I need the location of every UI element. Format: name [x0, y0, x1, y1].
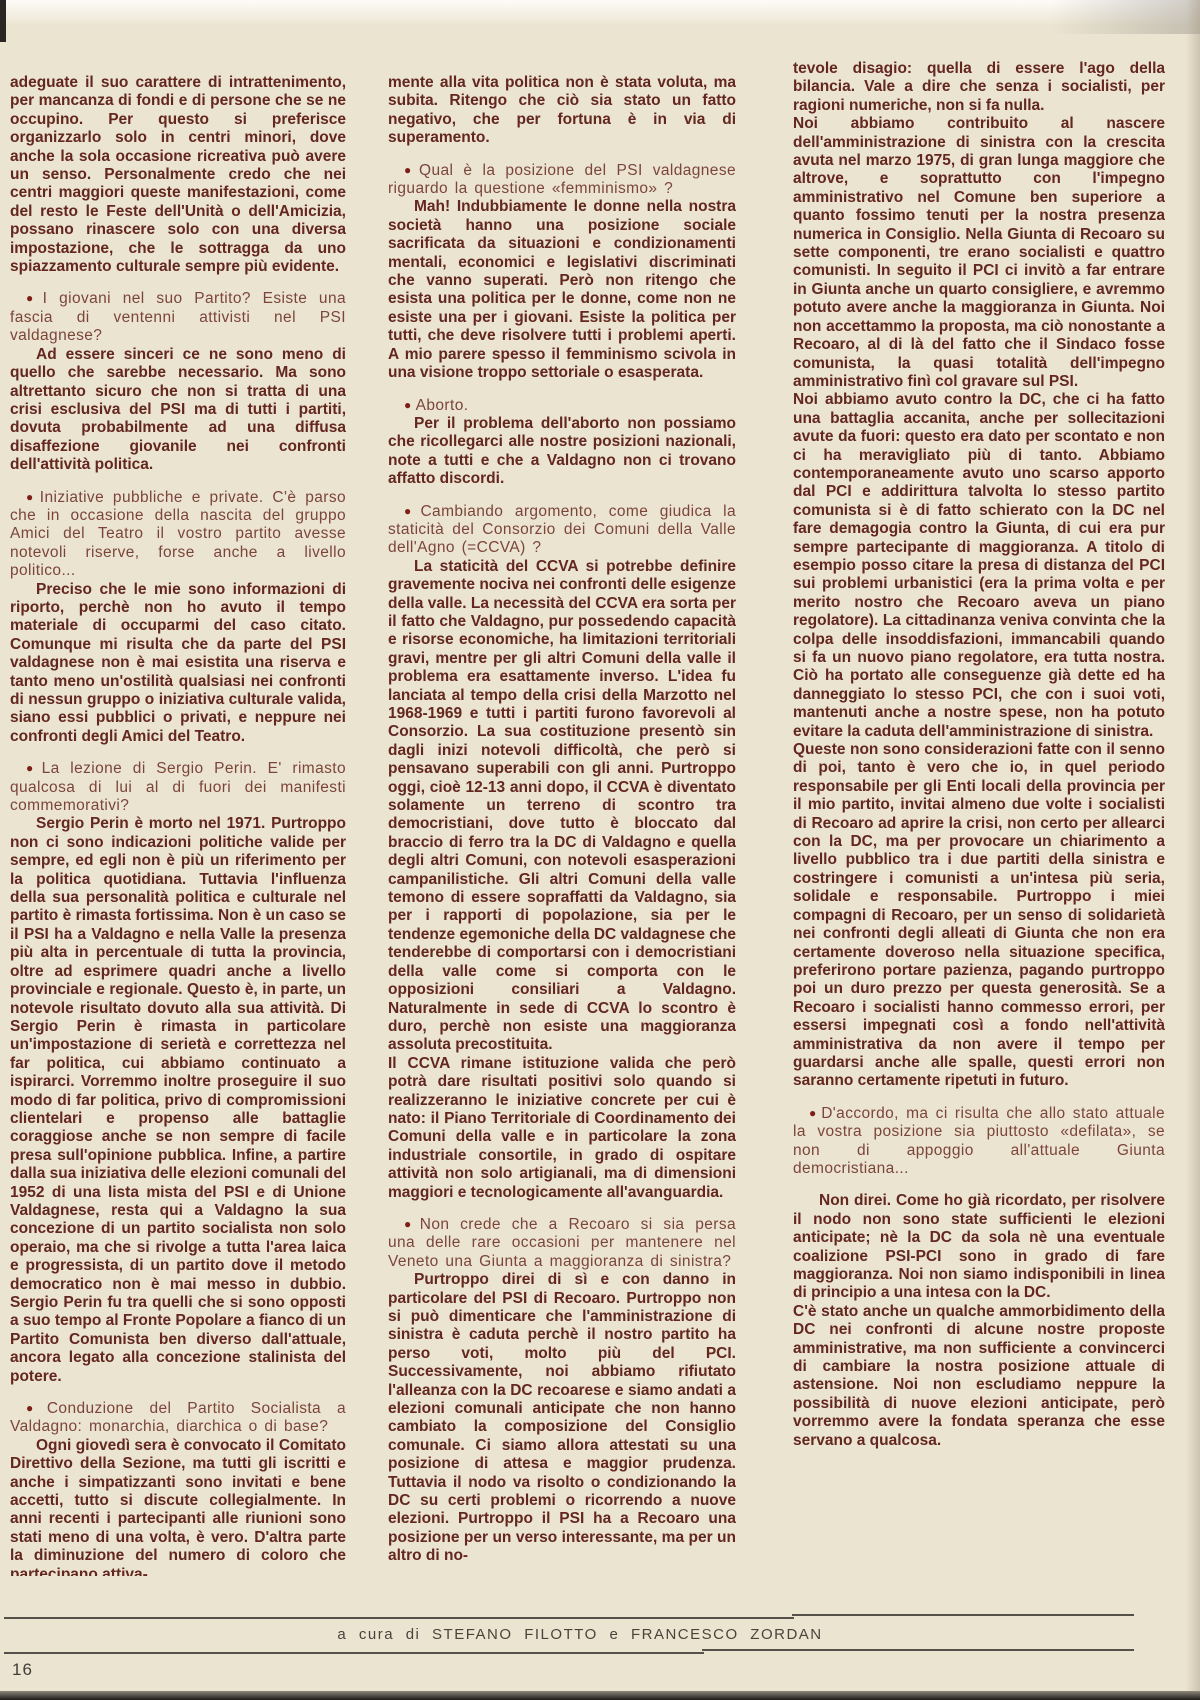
interview-answer-paragraph: Il CCVA rimane istituzione valida che pe… — [388, 1055, 736, 1202]
question-text: D'accordo, ma ci risulta che allo stato … — [793, 1105, 1165, 1177]
question-bullet-icon: ● — [809, 1106, 817, 1120]
interview-question: ●I giovani nel suo Partito? Esiste una f… — [10, 290, 346, 345]
question-bullet-icon: ● — [404, 504, 416, 518]
scan-corner-mark — [0, 0, 6, 42]
text-column-3: tevole disagio: quella di essere l'ago d… — [793, 60, 1165, 1576]
interview-answer-paragraph: mente alla vita politica non è stata vol… — [388, 74, 736, 148]
interview-answer-paragraph: Ad essere sinceri ce ne sono meno di que… — [10, 346, 346, 475]
magazine-page: adeguate il suo carattere di intrattenim… — [0, 0, 1200, 1700]
interview-question: ●Iniziative pubbliche e private. C'è par… — [10, 489, 346, 581]
footer-rule — [792, 1614, 1134, 1616]
footer-rule — [4, 1617, 794, 1619]
question-bullet-icon: ● — [26, 1401, 43, 1415]
question-text: Aborto. — [416, 397, 469, 414]
question-bullet-icon: ● — [26, 761, 38, 775]
credit-line: a cura di STEFANO FILOTTO e FRANCESCO ZO… — [0, 1626, 1160, 1643]
question-bullet-icon: ● — [404, 398, 412, 412]
interview-question: ●Non crede che a Recoaro si sia persa un… — [388, 1216, 736, 1271]
interview-answer-paragraph: tevole disagio: quella di essere l'ago d… — [793, 60, 1165, 115]
interview-answer-paragraph: Queste non sono considerazioni fatte con… — [793, 741, 1165, 1091]
question-text: I giovani nel suo Partito? Esiste una fa… — [10, 290, 346, 344]
question-bullet-icon: ● — [26, 291, 39, 305]
interview-answer-paragraph: Noi abbiamo avuto contro la DC, che ci h… — [793, 391, 1165, 741]
question-text: Qual è la posizione del PSI valdagnese r… — [388, 162, 736, 197]
text-column-1: adeguate il suo carattere di intrattenim… — [10, 74, 346, 1576]
interview-answer-paragraph: Noi abbiamo contribuito al nascere dell'… — [793, 115, 1165, 391]
interview-question: ●La lezione di Sergio Perin. E' rimasto … — [10, 760, 346, 815]
question-text: Cambiando argomento, come giudica la sta… — [388, 503, 736, 557]
footer-rule — [702, 1649, 1134, 1651]
interview-answer-paragraph: Purtroppo direi di sì e con danno in par… — [388, 1271, 736, 1566]
interview-answer-paragraph: adeguate il suo carattere di intrattenim… — [10, 74, 346, 276]
interview-answer-paragraph: Mah! Indubbiamente le donne nella nostra… — [388, 198, 736, 382]
interview-question: ●Cambiando argomento, come giudica la st… — [388, 503, 736, 558]
interview-answer-paragraph: Per il problema dell'aborto non possiamo… — [388, 415, 736, 489]
question-bullet-icon: ● — [404, 163, 415, 177]
scan-top-edge — [0, 0, 1200, 26]
interview-answer-paragraph: C'è stato anche un qualche ammorbidiment… — [793, 1303, 1165, 1450]
footer-rule — [4, 1652, 704, 1654]
interview-question: ●Conduzione del Partito Socialista a Val… — [10, 1400, 346, 1437]
scan-right-edge — [1186, 0, 1200, 1700]
question-bullet-icon: ● — [404, 1217, 416, 1231]
scan-bottom-edge — [0, 1691, 1200, 1700]
text-column-2: mente alla vita politica non è stata vol… — [388, 74, 736, 1576]
scan-smudge — [1050, 0, 1200, 34]
interview-answer-paragraph: La staticità del CCVA si potrebbe defini… — [388, 558, 736, 1055]
interview-question: ●Qual è la posizione del PSI valdagnese … — [388, 162, 736, 199]
question-text: Non crede che a Recoaro si sia persa una… — [388, 1216, 736, 1270]
interview-answer-paragraph: Preciso che le mie sono informazioni di … — [10, 581, 346, 747]
page-number: 16 — [12, 1660, 33, 1680]
question-text: Conduzione del Partito Socialista a Vald… — [10, 1400, 346, 1435]
interview-answer-paragraph: Ogni giovedì sera è convocato il Comitat… — [10, 1437, 346, 1576]
question-bullet-icon: ● — [26, 490, 36, 504]
question-text: La lezione di Sergio Perin. E' rimasto q… — [10, 760, 346, 814]
interview-question: ●D'accordo, ma ci risulta che allo stato… — [793, 1105, 1165, 1179]
interview-answer-paragraph: Sergio Perin è morto nel 1971. Purtroppo… — [10, 815, 346, 1386]
interview-answer-paragraph: Non direi. Come ho già ricordato, per ri… — [793, 1192, 1165, 1302]
interview-question: ●Aborto. — [388, 397, 736, 415]
question-text: Iniziative pubbliche e private. C'è pars… — [10, 489, 346, 580]
